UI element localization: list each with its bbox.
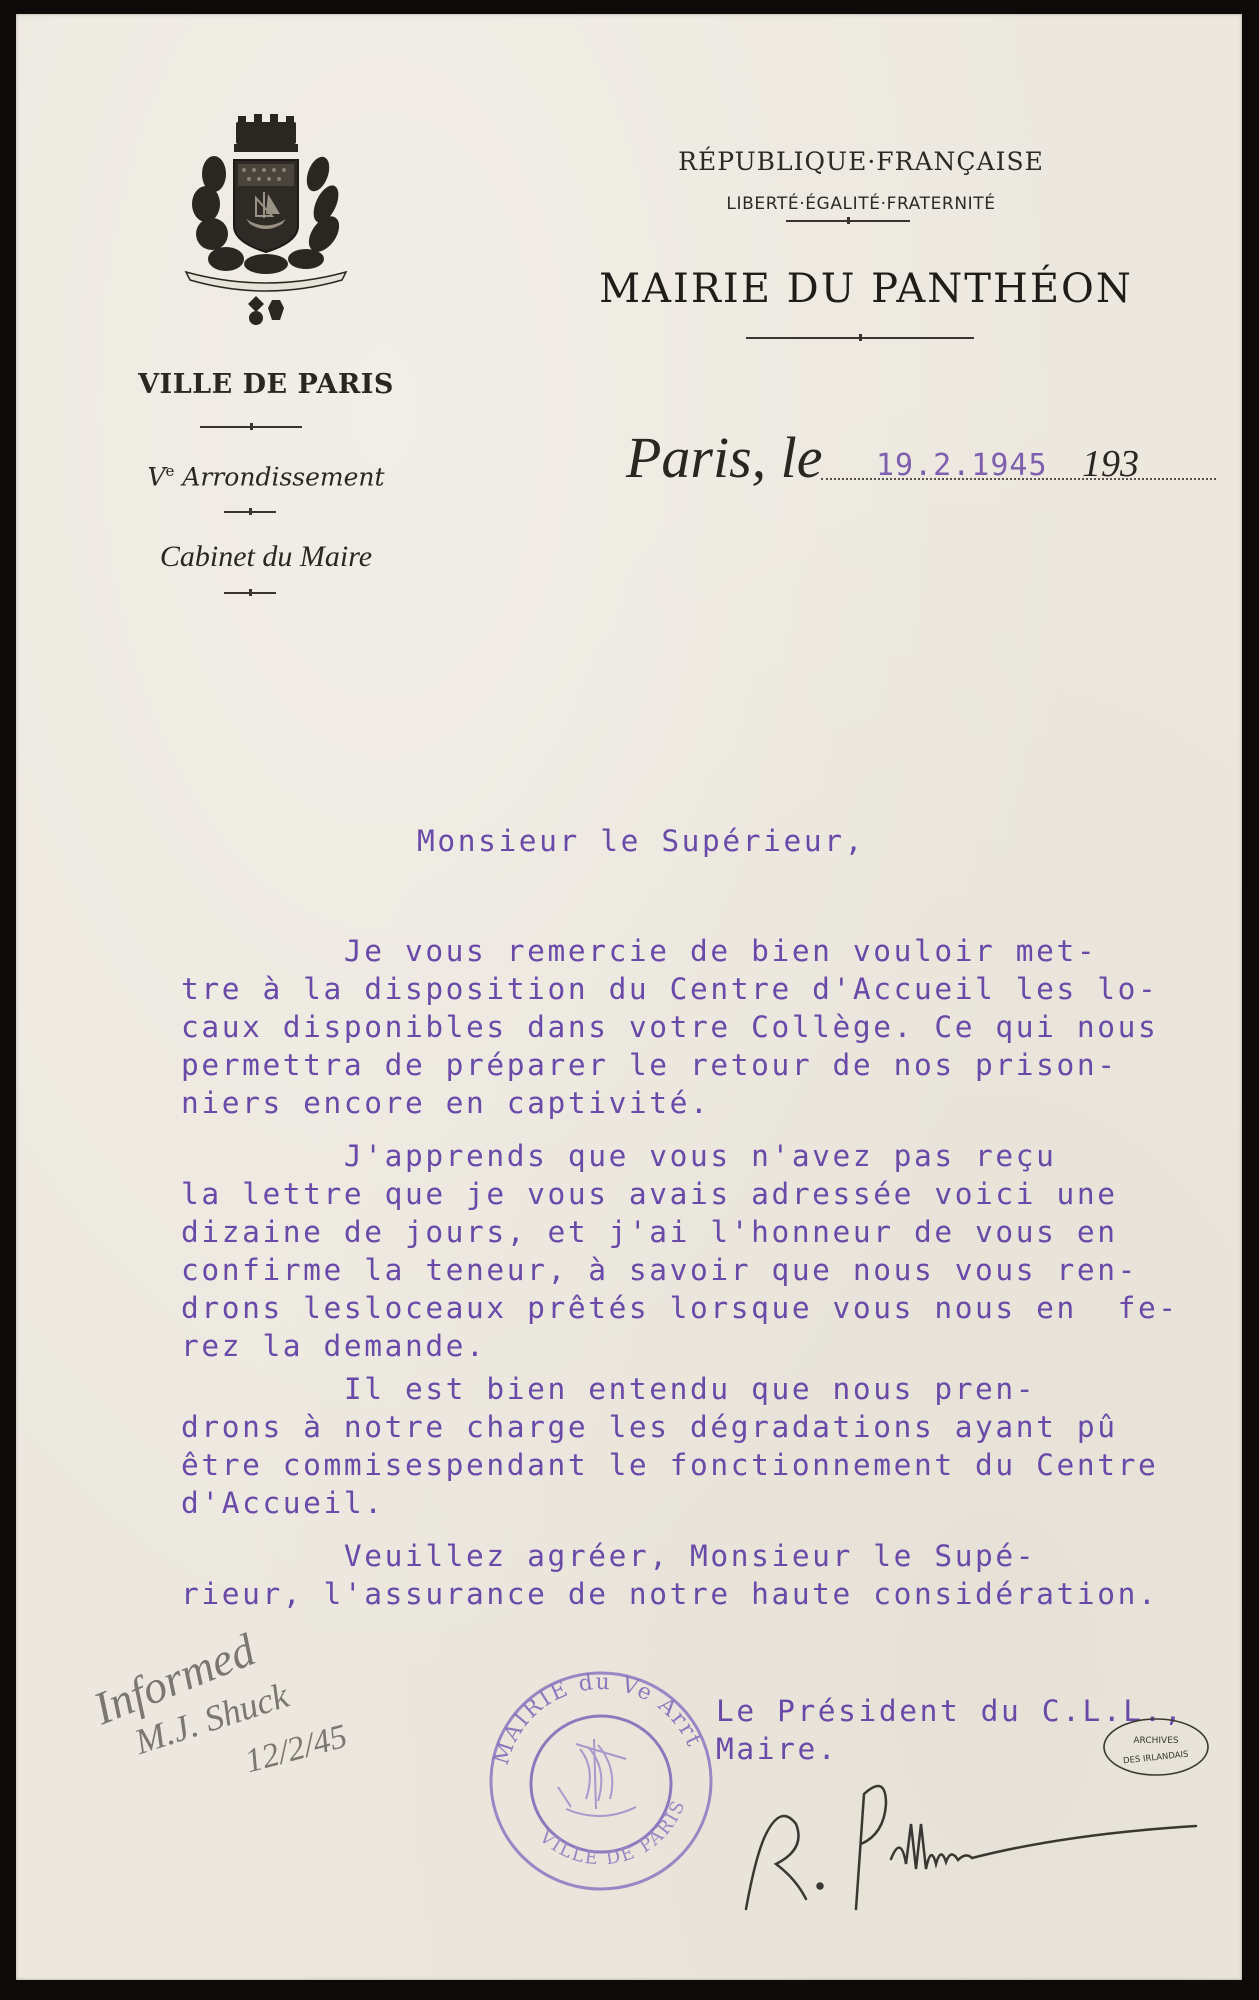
body-line: confirme la teneur, à savoir que nous vo…: [181, 1253, 1138, 1287]
svg-text:ARCHIVES: ARCHIVES: [1133, 1736, 1179, 1746]
divider: [224, 592, 276, 594]
body-line: Il est bien entendu que nous pren-: [181, 1372, 1036, 1406]
body-line: Je vous remercie de bien vouloir met-: [181, 934, 1097, 968]
divider: [746, 337, 974, 339]
salutation: Monsieur le Supérieur,: [417, 824, 865, 858]
cabinet-label: Cabinet du Maire: [116, 540, 416, 574]
national-motto: LIBERTÉ·ÉGALITÉ·FRATERNITÉ: [576, 194, 1146, 214]
body-line: dizaine de jours, et j'ai l'honneur de v…: [181, 1215, 1118, 1249]
mairie-heading: MAIRIE DU PANTHÉON: [521, 266, 1211, 312]
body-line: Veuillez agréer, Monsieur le Supé-: [181, 1539, 1036, 1573]
body-line: drons à notre charge les dégradations ay…: [181, 1410, 1118, 1444]
arrondissement-label: Ve Arrondissement: [116, 462, 416, 491]
signature: [736, 1774, 1216, 1914]
mairie-stamp-icon: MAIRIE du Ve Arrt VILLE DE PARIS: [476, 1659, 726, 1899]
body-line: la lettre que je vous avais adressée voi…: [181, 1177, 1118, 1211]
dateline: Paris, le 19.2.1945 193: [626, 424, 1226, 494]
printed-year: 193: [1082, 442, 1139, 486]
letter-page: VILLE DE PARIS Ve Arrondissement Cabinet…: [16, 14, 1242, 1980]
archives-stamp-icon: ARCHIVES DES IRLANDAIS: [1101, 1716, 1211, 1778]
divider: [200, 426, 302, 428]
body-line: tre à la disposition du Centre d'Accueil…: [181, 972, 1158, 1006]
handwritten-note: Informed M.J. Shuck 12/2/45: [96, 1644, 416, 1804]
republic-heading: RÉPUBLIQUE·FRANÇAISE: [576, 147, 1146, 176]
typed-date: 19.2.1945: [876, 448, 1048, 483]
body-line: niers encore en captivité.: [181, 1086, 710, 1120]
divider: [224, 511, 276, 513]
signoff-role: Maire.: [716, 1732, 838, 1766]
city-name: VILLE DE PARIS: [116, 369, 416, 400]
body-line: caux disponibles dans votre Collège. Ce …: [181, 1010, 1158, 1044]
divider: [786, 220, 910, 222]
handnote-date: 12/2/45: [241, 1718, 351, 1782]
place-label: Paris, le: [626, 424, 823, 491]
body-line: rez la demande.: [181, 1329, 486, 1363]
svg-text:DES IRLANDAIS: DES IRLANDAIS: [1123, 1750, 1189, 1767]
body-line: être commisespendant le fonctionnement d…: [181, 1448, 1158, 1482]
body-line: permettra de préparer le retour de nos p…: [181, 1048, 1118, 1082]
body-line: J'apprends que vous n'avez pas reçu: [181, 1139, 1057, 1173]
body-line: d'Accueil.: [181, 1486, 385, 1520]
paris-coat-of-arms-icon: [156, 114, 376, 344]
svg-text:VILLE DE PARIS: VILLE DE PARIS: [535, 1796, 690, 1869]
body-line: drons lesloceaux prêtés lorsque vous nou…: [181, 1291, 1179, 1325]
svg-text:MAIRIE du Ve Arrt: MAIRIE du Ve Arrt: [489, 1670, 707, 1768]
body-line: rieur, l'assurance de notre haute consid…: [181, 1577, 1158, 1611]
